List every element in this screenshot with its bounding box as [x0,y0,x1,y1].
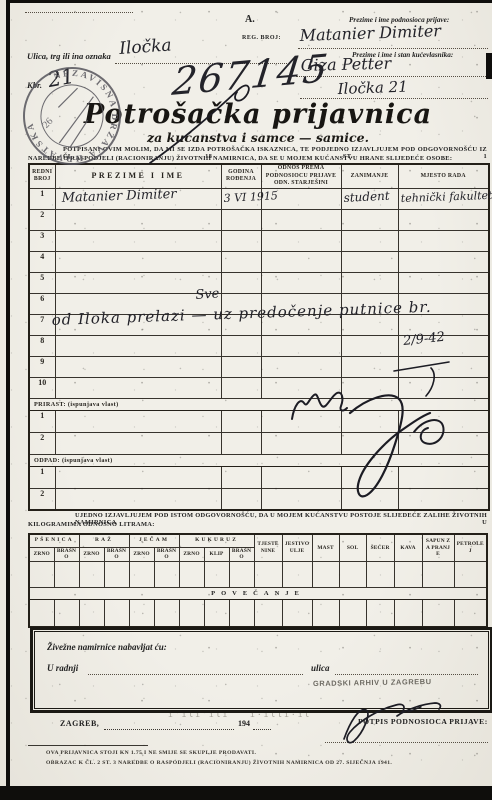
procurement-box: Živežne namirnice nabavljat ću: U radnji… [30,627,492,713]
header-cell: ODNOS PREMA PODNOSIOCU PRIJAVE ODN. STAR… [261,164,341,188]
archive-stamp: GRADSKI ARHIV U ZAGREBU [313,677,432,688]
householder-address-value: Iločka 21 [337,78,408,98]
header-cell: JESTIVO ULJE [282,534,312,562]
city-label: ZAGREB, [60,719,99,728]
header-cell: ZRNO [29,547,54,562]
header-cell: KUKURUZ [179,534,254,547]
year-line [253,729,271,730]
header-cell: BRAŠNO [154,547,179,562]
header-cell: KAVA [394,534,422,562]
shop-line [88,674,303,675]
year-prefix: 194 [238,719,250,728]
header-cell: BRAŠNO [104,547,129,562]
member-name-hand: Matanier Dimiter [57,184,176,205]
member-occupation-hand: student [343,186,390,204]
header-cell: ZRNO [179,547,204,562]
prirast-row: 1 [29,410,489,432]
table-row: 9 [29,356,489,377]
supplies-value-row [29,562,487,588]
top-left-dotted-line [25,12,133,13]
header-cell: SAPUN ZA PRANJE [422,534,454,562]
table-row: 2 [29,209,489,230]
scan-edge-bottom [0,786,492,800]
signature-line [325,742,488,743]
table-row: 3 [29,230,489,251]
table-row: 1 Matanier Dimiter 3 VI 1915 student teh… [29,188,489,209]
supplies-table: PŠENICA RAŽ JEČAM KUKURUZ TJESTENINE JES… [28,533,488,628]
table-row: 10 [29,377,489,398]
header-cell: PETROLEJ [454,534,487,562]
supplies-intro-line-2: KILOGRAMIMA ODNOSNO LITRAMA: [28,521,488,528]
street2-label: ulica [311,663,330,673]
scan-edge-left [6,0,10,786]
supplies-value-row [29,600,487,627]
header-cell: GODINA ROĐENJA [221,164,261,188]
table-row: 5 [29,272,489,293]
header-cell: TJESTENINE [254,534,282,562]
member-workplace-hand: tehnički fakultet [400,185,492,204]
odpad-row: 2 [29,488,489,510]
scanned-form-page: A. REG. BROJ: Prezime i ime podnosioca p… [0,0,492,800]
scan-edge-blob [486,53,492,79]
header-cell: PŠENICA [29,534,79,547]
reg-number-label: REG. BROJ: [242,35,281,41]
date-line [104,729,234,730]
odpad-label-row: ODPAD: (ispunjava vlast) [29,454,489,466]
applicant-name-value: Matanier Dimiter [299,21,441,45]
table-header-row: REDNI BROJ PREZIME I IME GODINA ROĐENJA … [29,164,489,188]
header-cell: KLIP [204,547,229,562]
odpad-row: 1 [29,466,489,488]
povecanje-label-row: POVEČANJE [29,588,487,600]
header-cell: ZANIMANJE [341,164,398,188]
header-cell: ZRNO [129,547,154,562]
procurement-line: Živežne namirnice nabavljat ću: [47,642,167,652]
header-cell: SOL [339,534,366,562]
header-cell: ŠEĆER [366,534,394,562]
table-row: 4 [29,251,489,272]
prirast-label-row: PRIRAST: (ispunjava vlast) [29,398,489,410]
street-value: Iločka [119,35,173,59]
header-cell: JEČAM [129,534,179,547]
header-cell: RAŽ [79,534,129,547]
header-cell: MAST [312,534,339,562]
supplies-group-header-row: PŠENICA RAŽ JEČAM KUKURUZ TJESTENINE JES… [29,534,487,547]
street2-line [335,674,478,675]
stamp-date: 26 [41,116,56,131]
prirast-row: 2 [29,432,489,454]
scan-edge-top [6,0,492,3]
section-letter: A. [245,14,255,25]
registration-number-hand: 267145 [170,46,332,104]
annotation-sve: Sve [195,286,220,303]
header-cell: BRAŠNO [229,547,254,562]
shop-label: U radnji [47,663,78,673]
fine-print-1: OVA PRIJAVNICA STOJI KN 1.75 I NE SMIJE … [46,750,256,756]
signature-label: POTPIS PODNOSIOCA PRIJAVE: [358,717,488,726]
fine-print-2: OBRAZAC K ČL. 2 ST. 3 NAREDBE O RASPODJE… [46,760,392,766]
member-birth-hand: 3 VI 1915 [223,186,278,205]
header-cell: MJESTO RADA [398,164,489,188]
header-cell: BRAŠNO [54,547,79,562]
header-cell: ZRNO [79,547,104,562]
footer-rule [28,745,148,746]
